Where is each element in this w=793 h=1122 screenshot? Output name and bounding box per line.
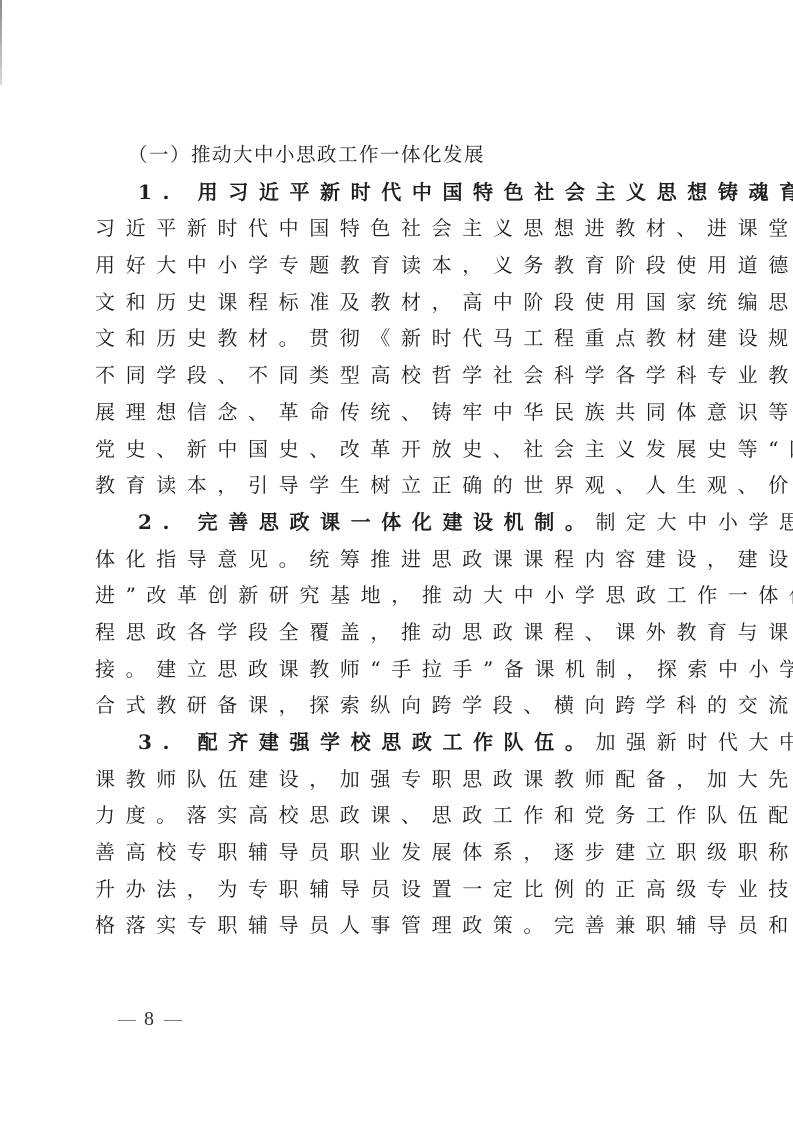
paragraph-line: 课教师队伍建设，加强专职思政课教师配备，加大先进典型选树 [95, 761, 685, 798]
dash-right [164, 1020, 182, 1021]
paragraph-line: 展理想信念、革命传统、铸牢中华民族共同体意识等教育，用好 [95, 394, 685, 431]
paragraph-text: 加强新时代大中小学思政 [595, 730, 793, 754]
paragraph-first-line: 3. 配齐建强学校思政工作队伍。加强新时代大中小学思政 [95, 724, 685, 761]
paragraph-line: 习近平新时代中国特色社会主义思想进教材、进课堂、进头脑， [95, 210, 685, 247]
paragraph-line: 文和历史教材。贯彻《新时代马工程重点教材建设规划》，推进 [95, 320, 685, 357]
paragraph-line: 文和历史课程标准及教材，高中阶段使用国家统编思想政治、语 [95, 284, 685, 321]
paragraph-line: 进”改革创新研究基地，推动大中小学思政工作一体化，推动课 [95, 577, 685, 614]
dash-left [118, 1020, 136, 1021]
paragraph-first-line: 1. 用习近平新时代中国特色社会主义思想铸魂育人。推进 [95, 174, 685, 211]
paragraph-line: 升办法，为专职辅导员设置一定比例的正高级专业技术岗位。严 [95, 871, 685, 908]
paragraph-line: 体化指导意见。统筹推进思政课课程内容建设，建设思政课“三 [95, 541, 685, 578]
section-heading: （一）推动大中小思政工作一体化发展 [95, 137, 685, 174]
paragraph-line: 不同学段、不同类型高校哲学社会科学各学科专业教材建设。开 [95, 357, 685, 394]
paragraph-bold-lead: 2. 完善思政课一体化建设机制。 [138, 510, 595, 534]
paragraph-text: 制定大中小学思政工作一 [595, 510, 793, 534]
paragraph-line: 教育读本，引导学生树立正确的世界观、人生观、价值观。 [95, 467, 685, 504]
paragraph-line: 力度。落实高校思政课、思政工作和党务工作队伍配备要求，完 [95, 797, 685, 834]
paragraph-line: 程思政各学段全覆盖，推动思政课程、课外教育与课内教育相衔 [95, 614, 685, 651]
paragraph-line: 善高校专职辅导员职业发展体系，逐步建立职级职称“双线”晋 [95, 834, 685, 871]
paragraph-first-line: 2. 完善思政课一体化建设机制。制定大中小学思政工作一 [95, 504, 685, 541]
paragraph-bold-lead: 1. 用习近平新时代中国特色社会主义思想铸魂育人。 [138, 180, 793, 204]
paragraph-1: 1. 用习近平新时代中国特色社会主义思想铸魂育人。推进 习近平新时代中国特色社会… [95, 174, 685, 504]
paragraph-line: 合式教研备课，探索纵向跨学段、横向跨学科的交流研修机制。 [95, 687, 685, 724]
paragraph-bold-lead: 3. 配齐建强学校思政工作队伍。 [138, 730, 595, 754]
paragraph-3: 3. 配齐建强学校思政工作队伍。加强新时代大中小学思政 课教师队伍建设，加强专职… [95, 724, 685, 944]
paragraph-2: 2. 完善思政课一体化建设机制。制定大中小学思政工作一 体化指导意见。统筹推进思… [95, 504, 685, 724]
paragraph-line: 格落实专职辅导员人事管理政策。完善兼职辅导员和校外辅导员 [95, 907, 685, 944]
paragraph-line: 用好大中小学专题教育读本，义务教育阶段使用道德与法治、语 [95, 247, 685, 284]
paragraph-line: 接。建立思政课教师“手拉手”备课机制，探索中小学和高校融 [95, 651, 685, 688]
paragraph-line: 党史、新中国史、改革开放史、社会主义发展史等“四史”学习 [95, 431, 685, 468]
page-footer: 8 [110, 1008, 190, 1031]
scan-edge-shadow [0, 0, 2, 85]
document-page: （一）推动大中小思政工作一体化发展 1. 用习近平新时代中国特色社会主义思想铸魂… [95, 137, 685, 944]
page-number: 8 [144, 1008, 156, 1030]
